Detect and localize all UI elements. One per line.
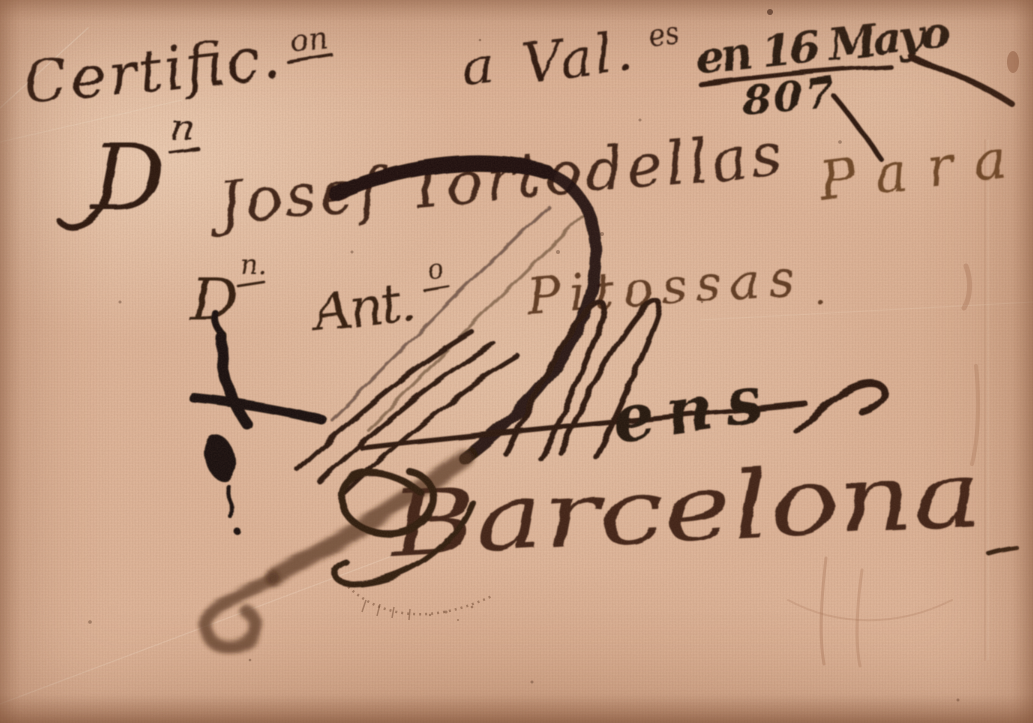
letter-cover-scan: Certific. on a Val. es en 16 Mayo 807 D … <box>0 0 1033 723</box>
paper-grain-texture <box>0 0 1033 723</box>
manuscript-artwork: Certific. on a Val. es en 16 Mayo 807 D … <box>0 0 1033 723</box>
